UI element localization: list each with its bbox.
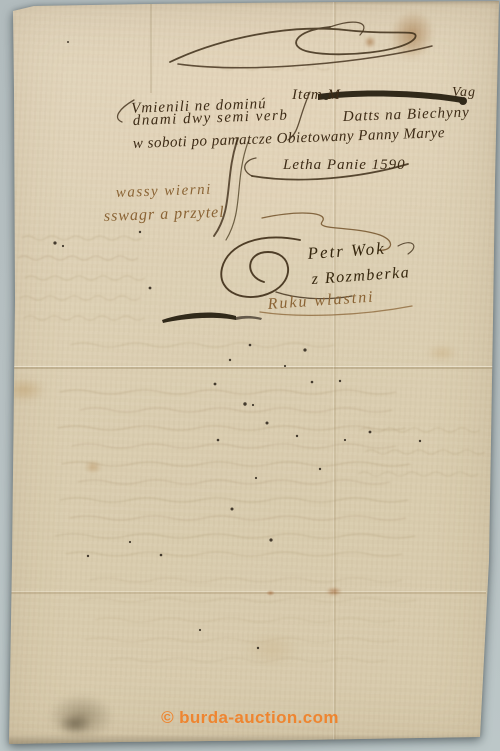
paper-texture	[0, 0, 500, 751]
manuscript-paper	[0, 0, 500, 751]
paper-top-edge-shade	[0, 0, 500, 5]
paper-bottom-edge-shade	[0, 734, 500, 744]
photo-stage: Vmienili ne dominú Item M Vag dnami dwy …	[0, 0, 500, 751]
paper-shadow-wrap	[0, 0, 500, 751]
auction-watermark: © burda-auction.com	[0, 708, 500, 728]
